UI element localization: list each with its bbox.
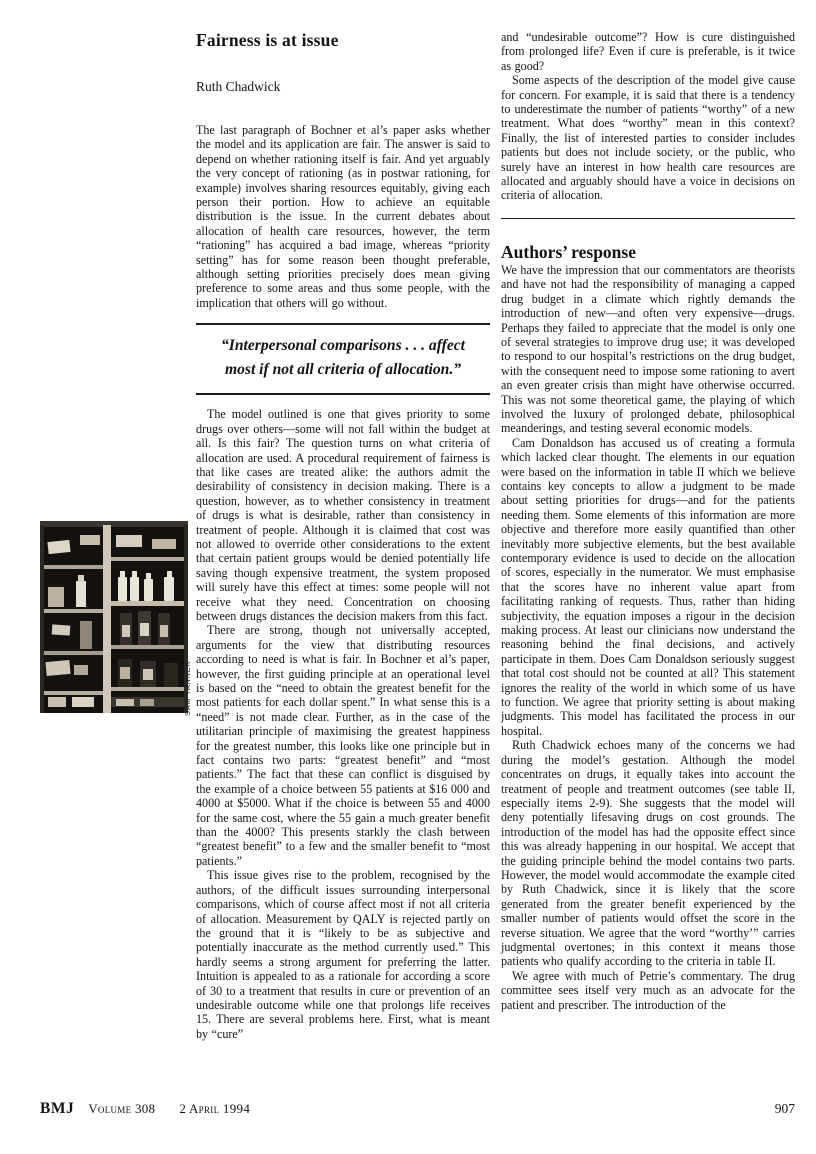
response-paragraph-1: We have the impression that our commenta… [501, 263, 795, 436]
issue-date: 2 April 1994 [179, 1101, 250, 1117]
journal-page: Fairness is at issue Ruth Chadwick The l… [0, 0, 816, 1154]
photo-credit: SAM TANNER [183, 648, 192, 716]
commentary-paragraph-5: Some aspects of the description of the m… [501, 73, 795, 203]
page-footer: BMJ Volume 308 2 April 1994 907 [40, 1100, 795, 1118]
article-title: Fairness is at issue [196, 30, 490, 51]
page-number: 907 [775, 1101, 795, 1117]
commentary-paragraph-1: The last paragraph of Bochner et al’s pa… [196, 123, 490, 310]
commentary-paragraph-3: There are strong, though not universally… [196, 623, 490, 868]
left-column: Fairness is at issue Ruth Chadwick The l… [196, 30, 490, 1041]
commentary-paragraph-2: The model outlined is one that gives pri… [196, 407, 490, 623]
response-title: Authors’ response [501, 242, 795, 263]
volume-label: Volume 308 [88, 1101, 155, 1117]
pharmacy-shelves-photo [40, 521, 188, 713]
response-paragraph-2: Cam Donaldson has accused us of creating… [501, 436, 795, 739]
response-paragraph-4: We agree with much of Petrie’s commentar… [501, 969, 795, 1012]
response-paragraph-3: Ruth Chadwick echoes many of the concern… [501, 738, 795, 969]
journal-name: BMJ [40, 1100, 74, 1118]
commentary-paragraph-4: This issue gives rise to the problem, re… [196, 868, 490, 1041]
right-column: and “undesirable outcome”? How is cure d… [501, 30, 795, 1012]
pull-quote: “Interpersonal comparisons . . . affect … [196, 323, 490, 395]
commentary-paragraph-4-continued: and “undesirable outcome”? How is cure d… [501, 30, 795, 73]
article-author: Ruth Chadwick [196, 79, 490, 95]
section-divider [501, 218, 795, 219]
